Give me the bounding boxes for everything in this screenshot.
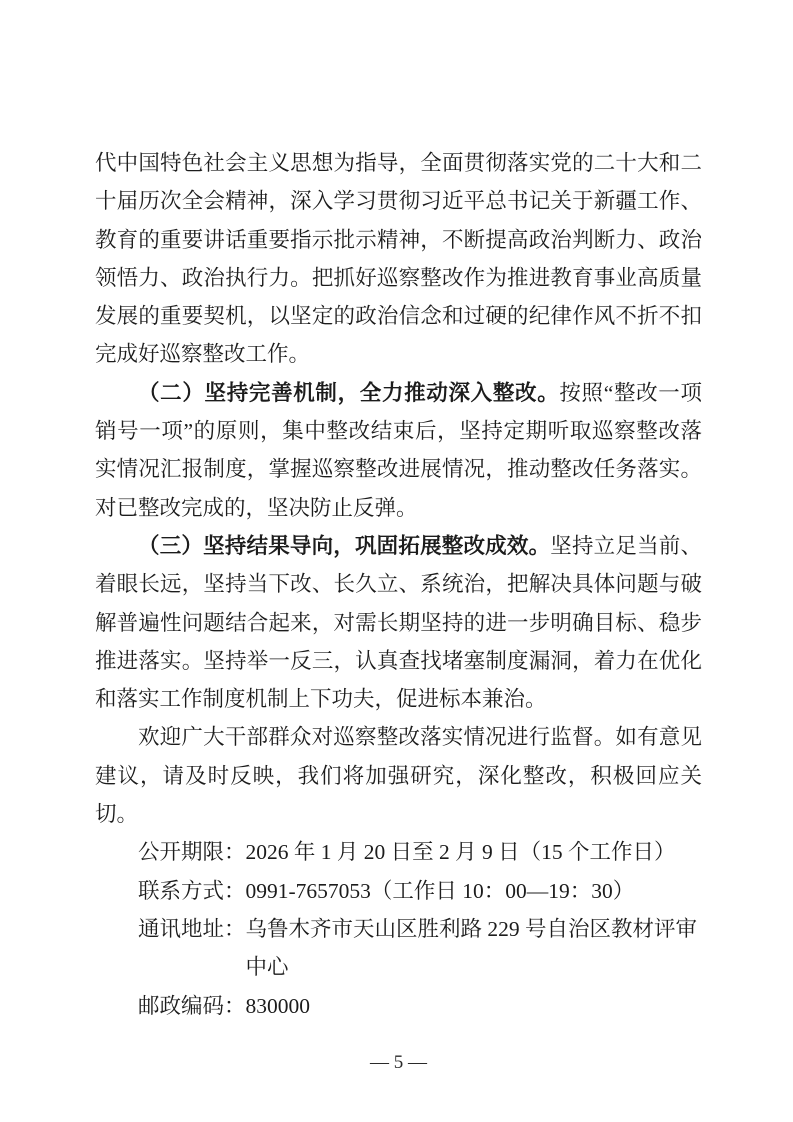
publicity-period-value: 2026 年 1 月 20 日至 2 月 9 日（15 个工作日） — [246, 833, 702, 871]
section-three-heading: （三）坚持结果导向，巩固拓展整改成效。 — [138, 534, 550, 558]
info-line-publicity-period: 公开期限：2026 年 1 月 20 日至 2 月 9 日（15 个工作日） — [138, 833, 702, 871]
info-line-address: 通讯地址：乌鲁木齐市天山区胜利路 229 号自治区教材评审 中心 — [138, 910, 702, 987]
info-line-postcode: 邮政编码：830000 — [138, 987, 702, 1025]
document-body: 代中国特色社会主义思想为指导，全面贯彻落实党的二十大和二十届历次全会精神，深入学… — [95, 144, 702, 1077]
contact-label: 联系方式： — [138, 872, 246, 910]
paragraph-section-three: （三）坚持结果导向，巩固拓展整改成效。坚持立足当前、着眼长远，坚持当下改、长久立… — [95, 527, 702, 718]
section-two-heading: （二）坚持完善机制，全力推动深入整改。 — [138, 381, 559, 405]
paragraph-continuation: 代中国特色社会主义思想为指导，全面贯彻落实党的二十大和二十届历次全会精神，深入学… — [95, 144, 702, 374]
postcode-value: 830000 — [246, 987, 702, 1025]
document-page: 代中国特色社会主义思想为指导，全面贯彻落实党的二十大和二十届历次全会精神，深入学… — [0, 0, 793, 1122]
page-number: — 5 — — [95, 1049, 702, 1077]
address-value: 乌鲁木齐市天山区胜利路 229 号自治区教材评审 中心 — [246, 910, 702, 987]
section-three-text: 坚持立足当前、着眼长远，坚持当下改、长久立、系统治，把解决具体问题与破解普遍性问… — [95, 534, 702, 711]
supervision-notice-text: 欢迎广大干部群众对巡察整改落实情况进行监督。如有意见建议，请及时反映，我们将加强… — [95, 725, 702, 826]
info-line-contact: 联系方式：0991-7657053（工作日 10：00—19：30） — [138, 872, 702, 910]
paragraph-section-two: （二）坚持完善机制，全力推动深入整改。按照“整改一项销号一项”的原则，集中整改结… — [95, 374, 702, 527]
contact-value: 0991-7657053（工作日 10：00—19：30） — [246, 872, 702, 910]
paragraph-supervision-notice: 欢迎广大干部群众对巡察整改落实情况进行监督。如有意见建议，请及时反映，我们将加强… — [95, 718, 702, 833]
address-label: 通讯地址： — [138, 910, 246, 948]
postcode-label: 邮政编码： — [138, 987, 246, 1025]
paragraph-continuation-text: 代中国特色社会主义思想为指导，全面贯彻落实党的二十大和二十届历次全会精神，深入学… — [95, 151, 702, 366]
publicity-period-label: 公开期限： — [138, 833, 246, 871]
